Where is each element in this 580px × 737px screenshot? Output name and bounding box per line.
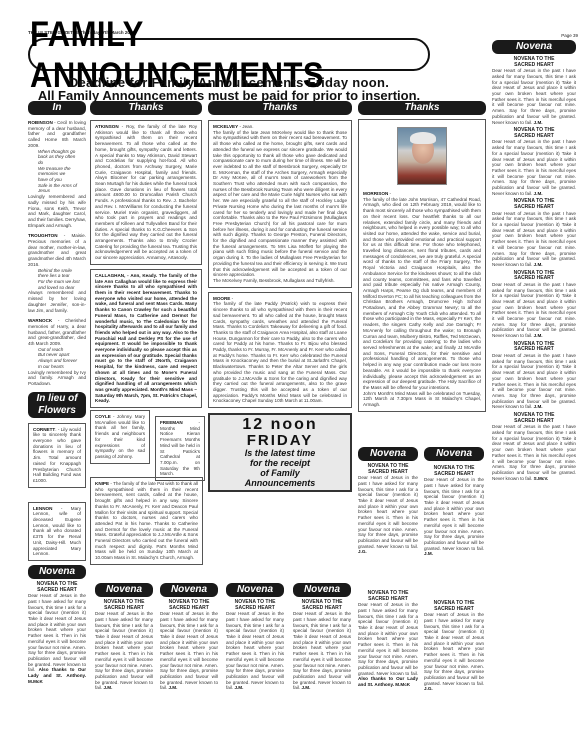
novena-block: Novena NOVENA TO THESACRED HEART Dear He… (160, 583, 218, 691)
novena-block: Novena NOVENA TO THESACRED HEART Dear He… (293, 583, 351, 691)
novena-block: NOVENA TO THESACRED HEART Dear Heart of … (358, 588, 418, 688)
thanks-atkinson: ATKINSON - Roy, the family of the late R… (90, 120, 202, 265)
lieu-lennon: LENNON - Mary Lennon, wife of deceased E… (28, 502, 86, 561)
thanks-callaghan: CALLAGHAN, - Ann, Keady. The family of t… (90, 269, 202, 408)
deadline-notice: 12 noon FRIDAY Is the latest time for th… (208, 413, 352, 492)
thanks-moore: MOORE - The family of the late Paddy (Pa… (208, 292, 352, 408)
memoriam-troughton: TROUGHTON - Maisie. Precious memories of… (28, 233, 86, 313)
thanks-header: Thanks (90, 101, 202, 115)
memoriam-warnock: WARNOCK - Cherished memories of Harry, a… (28, 318, 86, 386)
thanks-freeman: FREEMAN - Months Mind Notice Kieran Free… (155, 416, 205, 481)
novena-item: NOVENA TO THESACRED HEART Dear Heart of … (28, 582, 86, 684)
in-lieu-header: In lieu of Flowers (28, 392, 86, 418)
novena-block: Novena NOVENA TO THESACRED HEART Dear He… (424, 447, 484, 557)
page-number: Page 39 (561, 33, 578, 38)
thanks-morrison: MORRISON - The family of the late John M… (358, 119, 486, 412)
thanks-header: Thanks (208, 101, 352, 115)
thanks-mckelvey: MCKELVEY - Jean. The family of the late … (208, 120, 352, 288)
novena-block: NOVENA TO THESACRED HEART Dear Heart of … (424, 598, 484, 692)
novena-right-column: Novena NOVENA TO THESACRED HEART Dear He… (492, 40, 576, 481)
novena-header: Novena (492, 40, 576, 54)
memoriam-robinson: ROBINSON - Cecil In loving memory of a d… (28, 120, 86, 228)
in-memoriam-column: In Memoriam ROBINSON - Cecil In loving m… (28, 101, 86, 684)
novena-block: Novena NOVENA TO THESACRED HEART Dear He… (226, 583, 284, 691)
thanks-coyle: COYLE - Johnny. Mary McAnallen would lik… (90, 410, 150, 464)
in-memoriam-header: In Memoriam (28, 101, 86, 115)
thanks-column-2: Thanks MCKELVEY - Jean. The family of th… (208, 101, 352, 492)
thanks-knipe: KNIPE - The family of the late Pat wish … (90, 477, 203, 565)
thanks-header: Thanks (358, 101, 486, 115)
novena-block: Novena NOVENA TO THESACRED HEART Dear He… (95, 583, 153, 691)
thanks-column-1: Thanks ATKINSON - Roy, the family of the… (90, 101, 202, 408)
lieu-cornett: CORNETT. - Lily would like to sincerely … (28, 423, 86, 488)
novena-header: Novena (28, 565, 86, 579)
page-title-box: FAMILY ANNOUNCEMENTS (28, 38, 430, 71)
novena-block: Novena NOVENA TO THESACRED HEART Dear He… (358, 447, 418, 555)
thanks-column-3: Thanks MORRISON - The family of the late… (358, 101, 486, 412)
portrait-photo (397, 127, 447, 185)
